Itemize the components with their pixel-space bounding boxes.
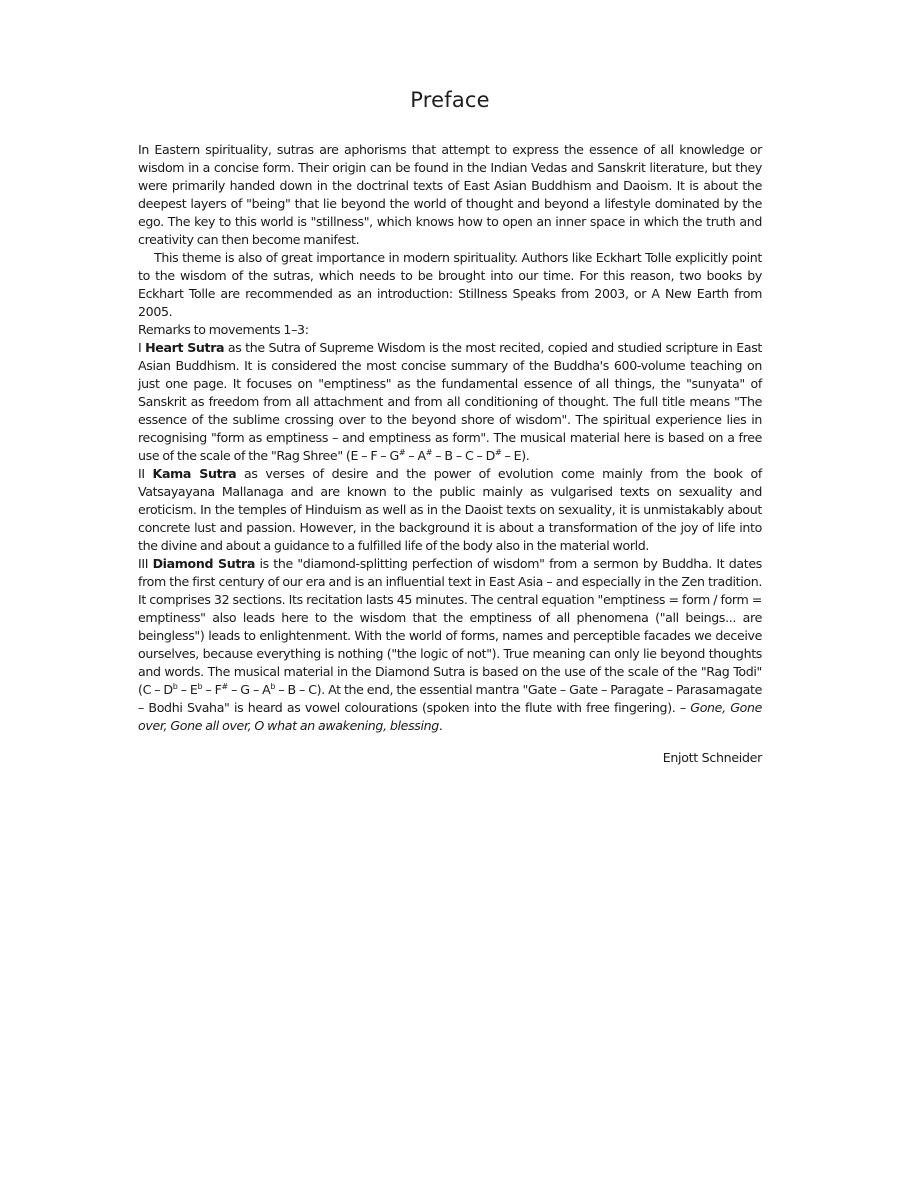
paragraph-text: is the "diamond-splitting perfection of … — [138, 556, 762, 697]
paragraph-text: – A — [405, 448, 426, 463]
paragraph-text: – G – A — [228, 682, 270, 697]
movement-numeral: III — [138, 556, 148, 571]
heart-sutra-paragraph: I Heart Sutra as the Sutra of Supreme Wi… — [138, 339, 762, 465]
remarks-heading: Remarks to movements 1–3: — [138, 321, 762, 339]
diamond-sutra-paragraph: III Diamond Sutra is the "diamond-splitt… — [138, 555, 762, 735]
paragraph-text: – F — [202, 682, 221, 697]
kama-sutra-paragraph: II Kama Sutra as verses of desire and th… — [138, 465, 762, 555]
movement-name: Diamond Sutra — [153, 556, 255, 571]
intro-paragraph: In Eastern spirituality, sutras are apho… — [138, 141, 762, 249]
paragraph-text: . — [439, 718, 443, 733]
movement-name: Kama Sutra — [153, 466, 237, 481]
movement-name: Heart Sutra — [145, 340, 224, 355]
paragraph-text: – E — [178, 682, 198, 697]
page-title: Preface — [138, 88, 762, 112]
document-body: In Eastern spirituality, sutras are apho… — [138, 141, 762, 735]
paragraph-text: – B – C – D — [432, 448, 495, 463]
movement-numeral: I — [138, 340, 141, 355]
paragraph-text: – E). — [501, 448, 529, 463]
movement-numeral: II — [138, 466, 145, 481]
author-signature: Enjott Schneider — [663, 750, 762, 765]
theme-paragraph: This theme is also of great importance i… — [138, 249, 762, 321]
paragraph-text: as the Sutra of Supreme Wisdom is the mo… — [138, 340, 762, 463]
